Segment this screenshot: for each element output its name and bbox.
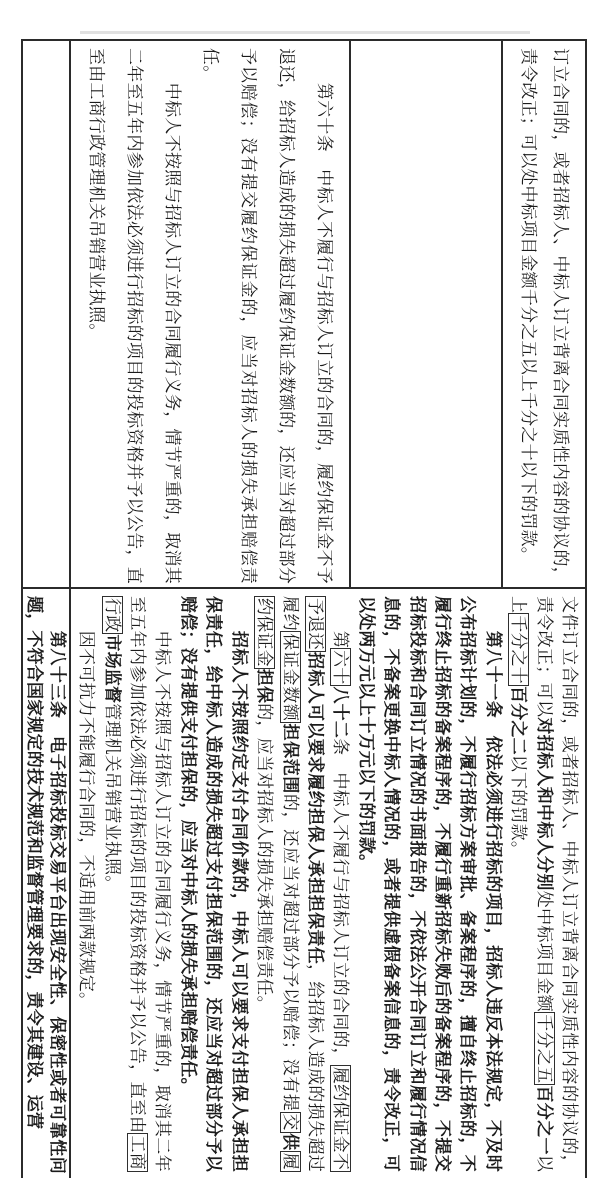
deleted-text: 六十 [330, 648, 351, 686]
added-text: 对招标人和中标人分别 [535, 717, 554, 890]
paragraph: 中标人不按照与招标人订立的合同履行义务，情节严重的，取消其二年至五年内参加依法必… [99, 596, 175, 1172]
paragraph: 招标人不按照约定支付合同价款的，中标人可以要求支付担保人承担担保责任，给中标人造… [176, 596, 252, 1172]
paragraph: 订立合同的，或者招标人、中标人订立背离合同实质性内容的协议的，责令改正；可以处中… [512, 48, 576, 584]
added-text: 市场监督 [103, 634, 122, 703]
cell-new-articles-81-82: 文件订立合同的，或者招标人、中标人订立背离合同实质性内容的协议的，责令改正；可以… [72, 596, 582, 1172]
added-text: 担保范围 [281, 723, 300, 794]
text-run: 处中标项目金额 [535, 891, 554, 1012]
added-text: 担保 [255, 669, 274, 703]
text-run: 中标人不按照与招标人订立的合同履行义务，情节严重的，取消其二年至五年内参加依法必… [87, 48, 182, 584]
text-run: 的，还应当对超过部分予以赔偿；没有提 [281, 794, 300, 1111]
rotated-table-page: 订立合同的，或者招标人、中标人订立背离合同实质性内容的协议的，责令改正；可以处中… [0, 0, 600, 1178]
paragraph: 第八十一条 依法必须进行招标的项目，招标人违反本法规定，不及时公布招标计划的，不… [353, 596, 505, 1172]
cell-old-article-60: 第六十条 中标人不履行与招标人订立的合同的，履约保证金不予退还，给招标人造成的损… [73, 48, 343, 584]
paragraph: 因不可抗力不能履行合同的，不适用前两款规定。 [74, 596, 99, 1172]
added-text: 八十二 [331, 686, 350, 738]
table-border-top [585, 39, 587, 1178]
text-run: 第六十条 中标人不履行与招标人订立的合同的，履约保证金不予退还，给招标人造成的损… [201, 48, 334, 584]
deleted-text: 千分之五 [534, 1012, 555, 1085]
deleted-text: 交 [280, 1112, 301, 1134]
cell-empty-old-column [356, 48, 496, 584]
added-text: 百分之二 [509, 686, 528, 755]
paragraph: 第八十三条 电子招标投标交易平台出现安全性、保密性或者可靠性问题，不符合国家规定… [23, 596, 69, 1174]
text-run: 订立合同的，或者招标人、中标人订立背离合同实质性内容的协议的，责令改正；可以处中… [519, 48, 570, 584]
cell-empty-old-column-bottom [26, 48, 66, 584]
text-run: 的，应当对招标人的损失承担赔偿责任。 [255, 703, 274, 1013]
scanned-page: 订立合同的，或者招标人、中标人订立背离合同实质性内容的协议的，责令改正；可以处中… [0, 0, 600, 1178]
cell-new-article-83: 第八十三条 电子招标投标交易平台出现安全性、保密性或者可靠性问题，不符合国家规定… [23, 596, 69, 1174]
deleted-text: 保证金数额 [280, 631, 301, 723]
paragraph: 文件订立合同的，或者招标人、中标人订立背离合同实质性内容的协议的，责令改正；可以… [506, 596, 582, 1172]
cell-old-article-59-tail: 订立合同的，或者招标人、中标人订立背离合同实质性内容的协议的，责令改正；可以处中… [504, 48, 576, 584]
deleted-text: 千分之十 [508, 613, 529, 686]
added-text: 第八十一条 依法必须进行招标的项目，招标人违反本法规定，不及时公布招标计划的，不… [357, 596, 503, 1172]
text-run: 第 [331, 631, 350, 648]
added-text: 第八十三条 电子招标投标交易平台出现安全性、保密性或者可靠性问题，不符合国家规定… [25, 596, 67, 1174]
text-run: 因不可抗力不能履行合同的，不适用前两款规定。 [77, 631, 96, 1009]
text-run: 条 中标人不履行与招标人订立的合同的， [331, 738, 350, 1065]
text-run: 管理机关吊销营业执照。 [103, 703, 122, 892]
paragraph: 中标人不按照与招标人订立的合同履行义务，情节严重的，取消其二年至五年内参加依法必… [77, 48, 191, 584]
row-separator-line [69, 39, 71, 1178]
column-separator-line [21, 587, 587, 589]
scan-artifact [80, 31, 530, 34]
added-text: 招标人不按照约定支付合同价款的，中标人可以要求支付担保人承担担保责任，给中标人造… [179, 596, 249, 1172]
added-text: 招标人可以要求履约担保人承担担保责任 [306, 652, 325, 964]
table-border-left [21, 39, 587, 41]
paragraph: 因不可抗力不能履行合同的，不适用前两款规定。 [73, 48, 77, 584]
text-run: 中标人不按照与招标人订立的合同履行义务，情节严重的，取消其二年至五年内参加依法必… [128, 596, 172, 1172]
paragraph: 第六十八十二条 中标人不履行与招标人订立的合同的，履约保证金不予退还招标人可以要… [252, 596, 354, 1172]
row-separator-line [501, 40, 503, 588]
text-run: 以下的罚款。 [509, 755, 528, 858]
paragraph: 第六十条 中标人不履行与招标人订立的合同的，履约保证金不予退还，给招标人造成的损… [191, 48, 343, 584]
added-text: 供 [281, 1133, 300, 1151]
added-text: 百分之一 [535, 1085, 554, 1154]
row-separator-line [349, 40, 351, 588]
